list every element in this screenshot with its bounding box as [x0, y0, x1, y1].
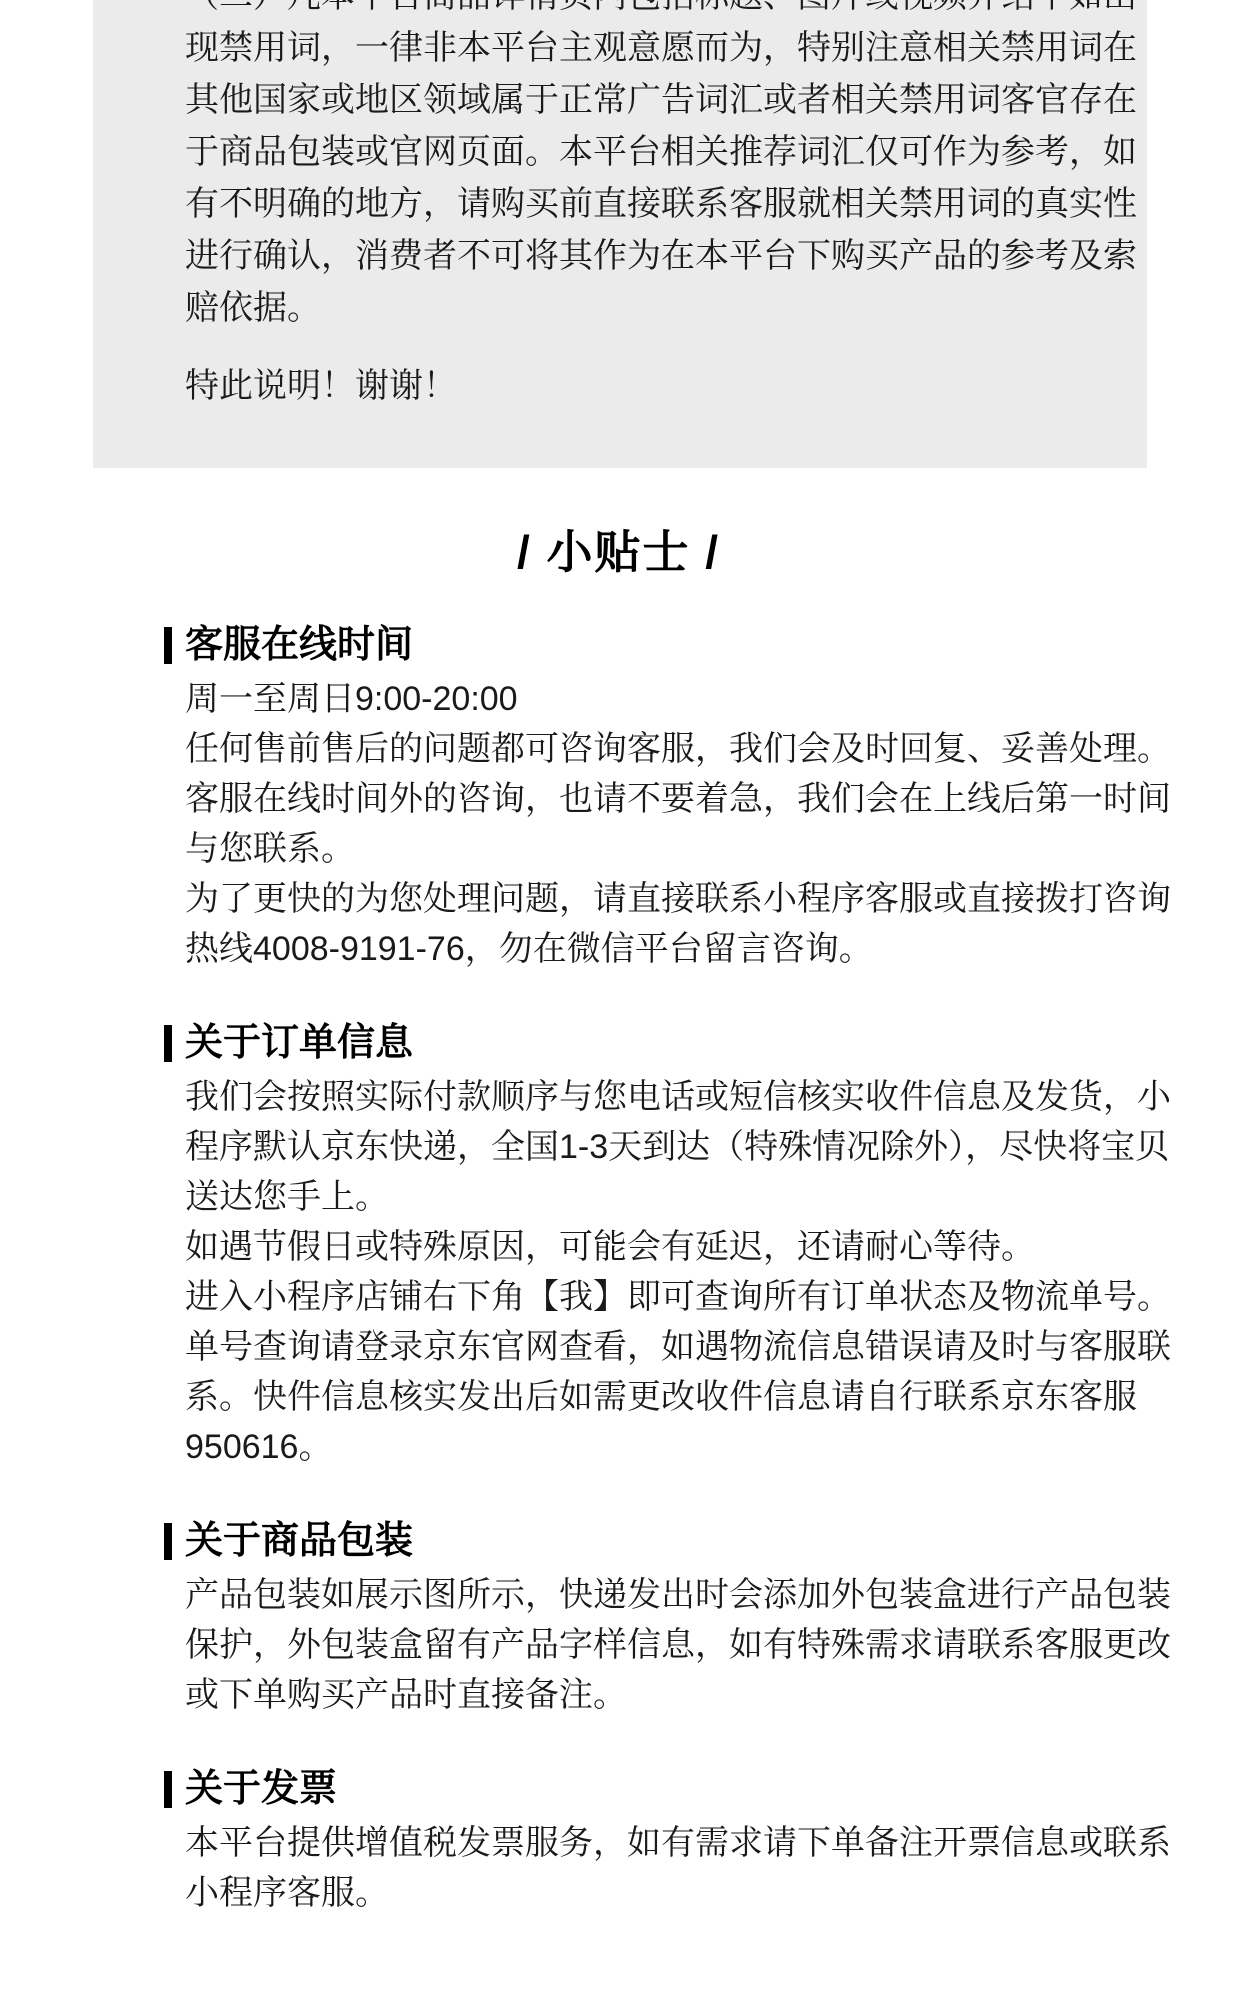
text-line: 有不明确的地方，请购买前直接联系客服就相关禁用词的真实性 — [185, 178, 1110, 230]
section-body: 我们会按照实际付款顺序与您电话或短信核实收件信息及发货，小程序默认京东快递，全国… — [185, 1072, 1120, 1472]
text-line: 单号查询请登录京东官网查看，如遇物流信息错误请及时与客服联 — [185, 1322, 1120, 1372]
section-heading-text: 关于商品包装 — [185, 1520, 413, 1562]
notice-paragraph: （二）凡本平台商品详情页内包括标题、图片或视频介绍中如出现禁用词，一律非本平台主… — [185, 0, 1110, 334]
notice-closing: 特此说明！谢谢！ — [185, 360, 1110, 412]
text-line: 进行确认，消费者不可将其作为在本平台下购买产品的参考及索 — [185, 230, 1110, 282]
text-line: 送达您手上。 — [185, 1172, 1120, 1222]
text-line: 程序默认京东快递，全国1-3天到达（特殊情况除外），尽快将宝贝 — [185, 1122, 1120, 1172]
section-body: 本平台提供增值税发票服务，如有需求请下单备注开票信息或联系小程序客服。 — [185, 1818, 1120, 1918]
notice-closing-line: 特此说明！谢谢！ — [185, 360, 1110, 412]
text-line: 950616。 — [185, 1422, 1120, 1472]
section-heading: 关于订单信息 — [185, 1020, 1120, 1066]
text-line: 进入小程序店铺右下角【我】即可查询所有订单状态及物流单号。 — [185, 1272, 1120, 1322]
section-heading: 关于商品包装 — [185, 1518, 1120, 1564]
text-line: 任何售前售后的问题都可咨询客服，我们会及时回复、妥善处理。 — [185, 724, 1120, 774]
section-invoice: 关于发票 本平台提供增值税发票服务，如有需求请下单备注开票信息或联系小程序客服。 — [185, 1766, 1120, 1918]
heading-marker-bar — [164, 1771, 172, 1808]
section-heading-text: 客服在线时间 — [185, 624, 413, 666]
text-line: 现禁用词，一律非本平台主观意愿而为，特别注意相关禁用词在 — [185, 22, 1110, 74]
text-line: （二）凡本平台商品详情页内包括标题、图片或视频介绍中如出 — [185, 0, 1110, 22]
notice-box: （二）凡本平台商品详情页内包括标题、图片或视频介绍中如出现禁用词，一律非本平台主… — [93, 0, 1147, 468]
text-line: 我们会按照实际付款顺序与您电话或短信核实收件信息及发货，小 — [185, 1072, 1120, 1122]
section-heading-text: 关于订单信息 — [185, 1022, 413, 1064]
heading-marker-bar — [164, 627, 172, 664]
section-product-packaging: 关于商品包装 产品包装如展示图所示，快递发出时会添加外包装盒进行产品包装保护，外… — [185, 1518, 1120, 1720]
text-line: 产品包装如展示图所示，快递发出时会添加外包装盒进行产品包装 — [185, 1570, 1120, 1620]
section-heading: 客服在线时间 — [185, 622, 1120, 668]
tips-title: / 小贴士 / — [0, 524, 1237, 580]
text-line: 本平台提供增值税发票服务，如有需求请下单备注开票信息或联系 — [185, 1818, 1120, 1868]
section-body: 产品包装如展示图所示，快递发出时会添加外包装盒进行产品包装保护，外包装盒留有产品… — [185, 1570, 1120, 1720]
section-order-info: 关于订单信息 我们会按照实际付款顺序与您电话或短信核实收件信息及发货，小程序默认… — [185, 1020, 1120, 1472]
text-line: 为了更快的为您处理问题，请直接联系小程序客服或直接拨打咨询 — [185, 874, 1120, 924]
text-line: 与您联系。 — [185, 824, 1120, 874]
text-line: 小程序客服。 — [185, 1868, 1120, 1918]
text-line: 如遇节假日或特殊原因，可能会有延迟，还请耐心等待。 — [185, 1222, 1120, 1272]
text-line: 或下单购买产品时直接备注。 — [185, 1670, 1120, 1720]
text-line: 于商品包装或官网页面。本平台相关推荐词汇仅可作为参考，如 — [185, 126, 1110, 178]
tips-content: 客服在线时间 周一至周日9:00-20:00任何售前售后的问题都可咨询客服，我们… — [185, 622, 1120, 1918]
text-line: 热线4008-9191-76，勿在微信平台留言咨询。 — [185, 924, 1120, 974]
section-heading-text: 关于发票 — [185, 1768, 337, 1810]
text-line: 保护，外包装盒留有产品字样信息，如有特殊需求请联系客服更改 — [185, 1620, 1120, 1670]
page: （二）凡本平台商品详情页内包括标题、图片或视频介绍中如出现禁用词，一律非本平台主… — [0, 0, 1237, 2000]
heading-marker-bar — [164, 1523, 172, 1560]
section-body: 周一至周日9:00-20:00任何售前售后的问题都可咨询客服，我们会及时回复、妥… — [185, 674, 1120, 974]
heading-marker-bar — [164, 1025, 172, 1062]
section-heading: 关于发票 — [185, 1766, 1120, 1812]
text-line: 其他国家或地区领域属于正常广告词汇或者相关禁用词客官存在 — [185, 74, 1110, 126]
text-line: 周一至周日9:00-20:00 — [185, 674, 1120, 724]
section-customer-service-hours: 客服在线时间 周一至周日9:00-20:00任何售前售后的问题都可咨询客服，我们… — [185, 622, 1120, 974]
text-line: 客服在线时间外的咨询，也请不要着急，我们会在上线后第一时间 — [185, 774, 1120, 824]
text-line: 赔依据。 — [185, 282, 1110, 334]
text-line: 系。快件信息核实发出后如需更改收件信息请自行联系京东客服 — [185, 1372, 1120, 1422]
